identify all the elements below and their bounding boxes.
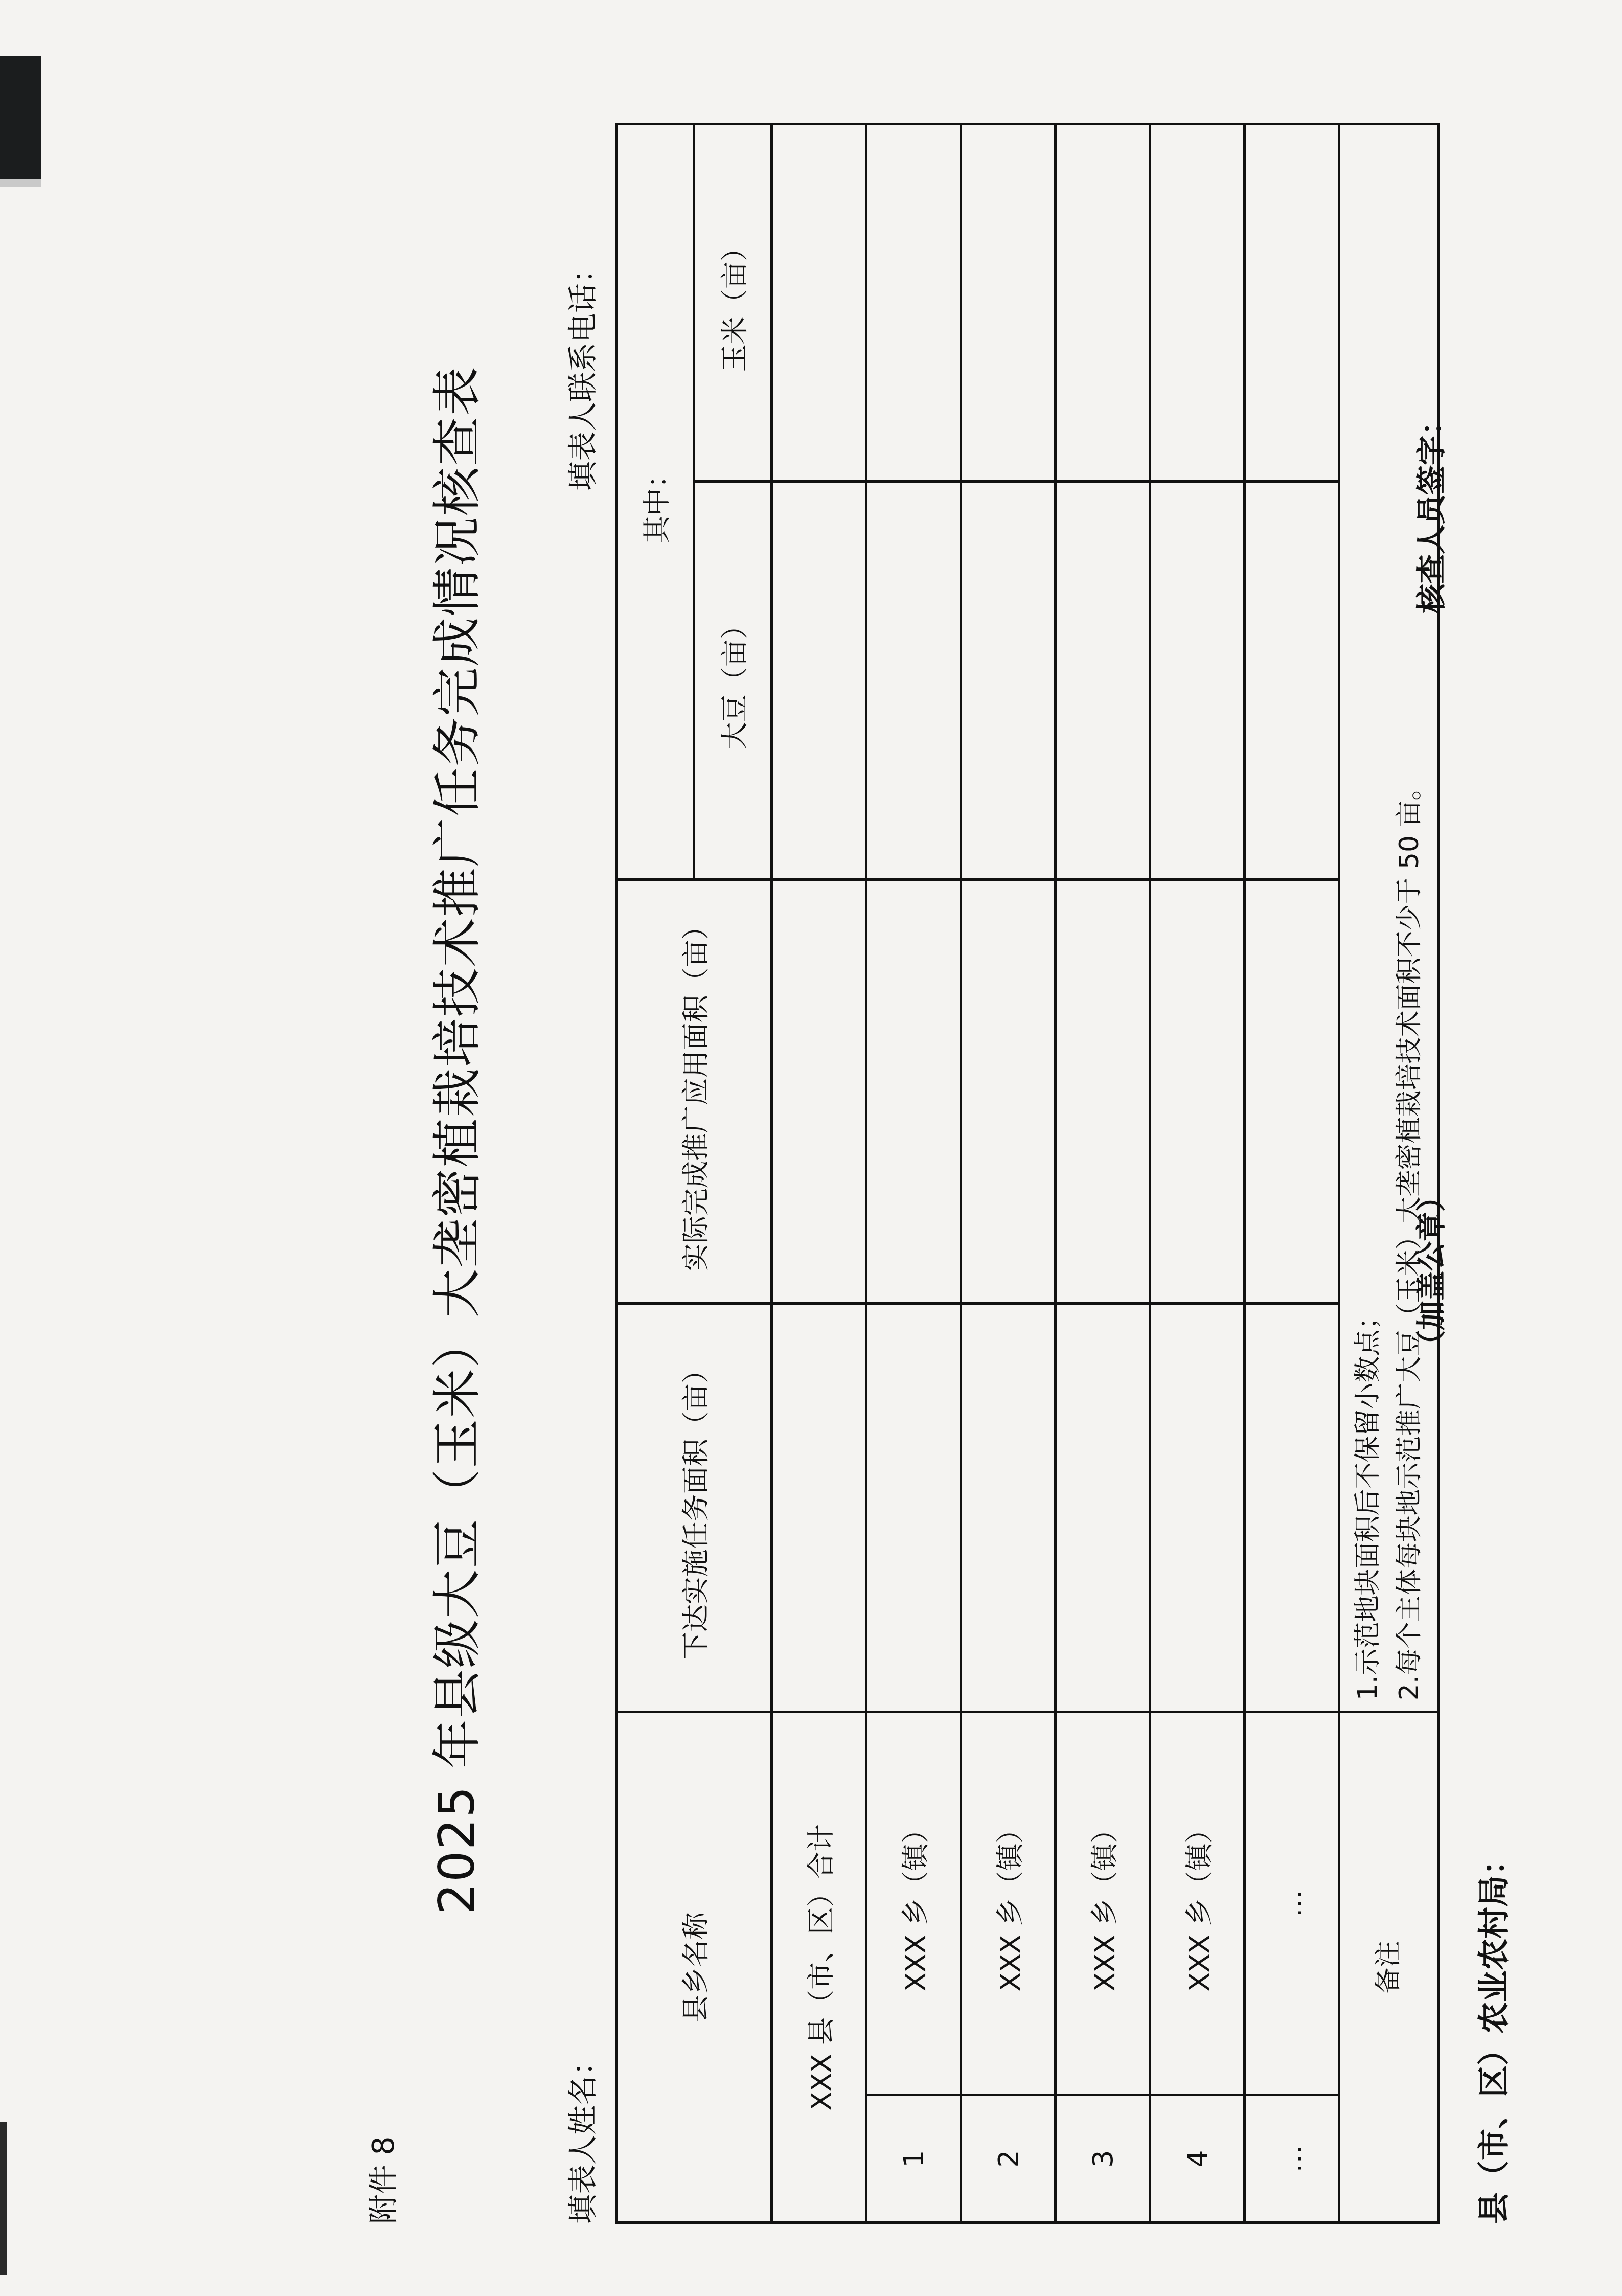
cell-corn[interactable] — [866, 124, 961, 482]
document-sheet: 附件 8 2025 年县级大豆（玉米）大垄密植栽培技术推广任务完成情况核查表 填… — [140, 41, 1571, 2239]
cell-corn[interactable] — [1245, 124, 1339, 482]
row-index: … — [1245, 2095, 1339, 2223]
header-soybean: 大豆（亩） — [694, 482, 772, 880]
cell-soybean[interactable] — [1150, 482, 1245, 880]
cell-actual[interactable] — [1056, 880, 1150, 1304]
row-name: XXX 乡（镇） — [961, 1712, 1056, 2095]
table-row: 1 XXX 乡（镇） — [866, 124, 961, 2223]
remarks-content: 1.示范地块面积后不保留小数点； 2.每个主体每块地示范推广大豆（玉米）大垄密植… — [1339, 124, 1438, 1712]
cell-corn[interactable] — [772, 124, 866, 482]
cell-actual[interactable] — [961, 880, 1056, 1304]
header-of-which: 其中： — [616, 124, 694, 880]
cell-soybean[interactable] — [1245, 482, 1339, 880]
row-name: XXX 乡（镇） — [866, 1712, 961, 2095]
cell-assigned[interactable] — [772, 1304, 866, 1712]
table-row: 3 XXX 乡（镇） — [1056, 124, 1150, 2223]
cell-assigned[interactable] — [1150, 1304, 1245, 1712]
checker-signature-label: 核查人员签字： — [1407, 406, 1450, 613]
header-actual: 实际完成推广应用面积（亩） — [616, 880, 772, 1304]
verification-table: 县乡名称 下达实施任务面积（亩） 实际完成推广应用面积（亩） 其中： 大豆（亩）… — [615, 123, 1440, 2224]
cell-soybean[interactable] — [866, 482, 961, 880]
cell-soybean[interactable] — [961, 482, 1056, 880]
cell-corn[interactable] — [1056, 124, 1150, 482]
seal-label: （加盖公章） — [1407, 1182, 1450, 1360]
header-corn: 玉米（亩） — [694, 124, 772, 482]
row-index: 3 — [1056, 2095, 1150, 2223]
cell-assigned[interactable] — [961, 1304, 1056, 1712]
cell-actual[interactable] — [1150, 880, 1245, 1304]
scan-edge — [0, 179, 41, 187]
header-name: 县乡名称 — [616, 1712, 772, 2223]
row-name: XXX 乡（镇） — [1056, 1712, 1150, 2095]
cell-actual[interactable] — [866, 880, 961, 1304]
row-index: 1 — [866, 2095, 961, 2223]
cell-corn[interactable] — [1150, 124, 1245, 482]
remarks-label: 备注 — [1339, 1712, 1438, 2223]
table-row: … … — [1245, 124, 1339, 2223]
cell-soybean[interactable] — [1056, 482, 1150, 880]
table-row: 2 XXX 乡（镇） — [961, 124, 1056, 2223]
cell-assigned[interactable] — [1056, 1304, 1150, 1712]
cell-actual[interactable] — [1245, 880, 1339, 1304]
cell-corn[interactable] — [961, 124, 1056, 482]
cell-soybean[interactable] — [772, 482, 866, 880]
remark-item: 1.示范地块面积后不保留小数点； — [1347, 135, 1389, 1700]
remark-item: 2.每个主体每块地示范推广大豆（玉米）大垄密植栽培技术面积不少于 50 亩。 — [1389, 135, 1430, 1700]
filler-phone-label: 填表人联系电话： — [559, 254, 602, 491]
header-assigned: 下达实施任务面积（亩） — [616, 1304, 772, 1712]
attachment-label: 附件 8 — [359, 2136, 402, 2224]
document-title: 2025 年县级大豆（玉米）大垄密植栽培技术推广任务完成情况核查表 — [418, 41, 488, 2239]
row-index: 2 — [961, 2095, 1056, 2223]
total-label: XXX 县（市、区）合计 — [772, 1712, 866, 2223]
scan-edge — [0, 56, 41, 179]
bureau-label: 县（市、区）农业农村局： — [1469, 1844, 1514, 2224]
table-row: 4 XXX 乡（镇） — [1150, 124, 1245, 2223]
row-name: XXX 乡（镇） — [1150, 1712, 1245, 2095]
row-index: 4 — [1150, 2095, 1245, 2223]
filler-name-label: 填表人姓名： — [559, 2046, 602, 2224]
cell-assigned[interactable] — [1245, 1304, 1339, 1712]
scan-edge — [0, 2122, 7, 2275]
cell-actual[interactable] — [772, 880, 866, 1304]
total-row: XXX 县（市、区）合计 — [772, 124, 866, 2223]
cell-assigned[interactable] — [866, 1304, 961, 1712]
row-name: … — [1245, 1712, 1339, 2095]
